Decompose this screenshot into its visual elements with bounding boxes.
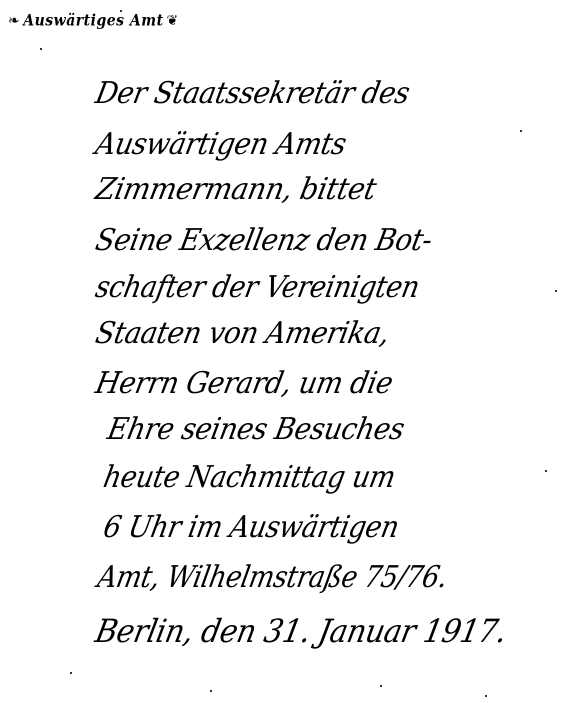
letterhead-title: Auswärtiges Amt [23,12,163,30]
scan-speck [545,470,547,472]
body-line-6: Staaten von Amerika, [93,316,393,351]
document-page: ❧ Auswärtiges Amt ❦ Der Staatssekretär d… [0,0,576,703]
scan-speck [380,685,382,687]
body-line-10: 6 Uhr im Auswärtigen [101,510,402,545]
scan-speck [520,130,522,132]
body-line-11: Amt, Wilhelmstraße 75/76. [95,560,450,595]
body-line-4: Seine Exzellenz den Bot- [93,223,435,258]
body-line-7: Herrn Gerard, um die [93,366,396,401]
body-line-3: Zimmermann, bittet [93,172,379,207]
closing-line: Berlin, den 31. Januar 1917. [92,612,509,650]
scan-speck [40,48,42,50]
body-line-1: Der Staatssekretär des [93,76,413,111]
body-line-2: Auswärtigen Amts [93,127,349,162]
scan-speck [120,10,122,12]
left-flourish-icon: ❧ [8,14,20,28]
scan-speck [485,695,487,697]
right-flourish-icon: ❦ [167,14,179,28]
scan-speck [70,672,72,674]
body-line-8: Ehre seines Besuches [105,412,408,447]
body-line-9: heute Nachmittag um [101,460,398,495]
letterhead: ❧ Auswärtiges Amt ❦ [8,8,179,34]
body-line-5: schafter der Vereinigten [93,270,422,305]
scan-speck [210,690,212,692]
scan-speck [555,290,557,292]
